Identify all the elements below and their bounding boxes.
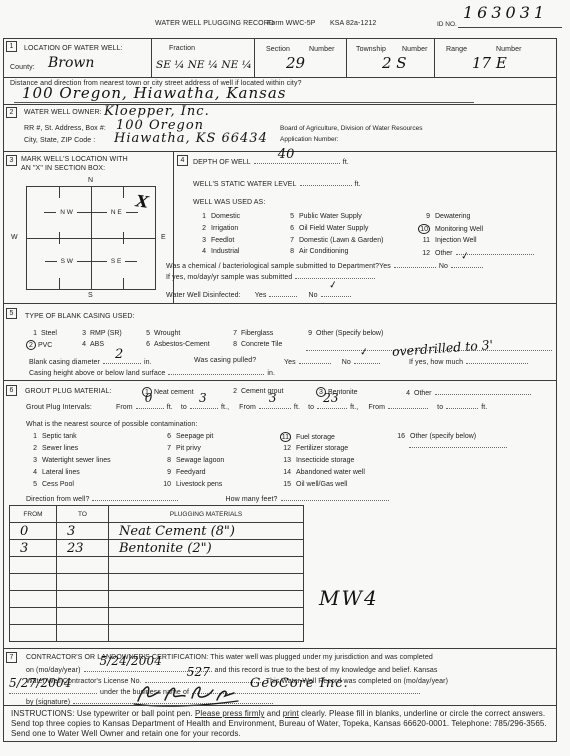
direction-dots xyxy=(92,494,178,501)
county-value: Brown xyxy=(48,55,94,71)
from-cell: 3 xyxy=(10,540,57,557)
section-6-title: GROUT PLUG MATERIAL: xyxy=(25,388,112,395)
contractor-signature-scribble xyxy=(132,681,242,707)
interval3-from-dots xyxy=(388,402,428,409)
circled-10: 10 xyxy=(418,224,430,234)
use-option: 7Domestic (Lawn & Garden) xyxy=(282,237,383,244)
sample-date-dots xyxy=(295,272,375,279)
city-value: Hiawatha, KS 66434 xyxy=(114,131,268,146)
range-label: Range xyxy=(446,46,467,53)
sample-question: Was a chemical / bacteriological sample … xyxy=(166,263,391,270)
feet-question: How many feet? xyxy=(226,496,278,503)
section-7-number: 7 xyxy=(6,652,17,663)
to-header: TO xyxy=(57,506,109,523)
use-option: 3Feedlot xyxy=(194,237,234,244)
grid-tick xyxy=(123,278,124,289)
no-label: No xyxy=(308,292,317,299)
contam-option: 8Sewage lagoon xyxy=(159,457,224,464)
east-label: E xyxy=(161,234,166,241)
disinfected-no-checkmark: ✓ xyxy=(328,279,338,291)
divider xyxy=(434,39,435,77)
table-row-empty xyxy=(10,608,304,625)
interval1-from-value: 0 xyxy=(145,391,153,405)
well-location-x-mark: X xyxy=(135,191,150,212)
section-2-owner: 2 WATER WELL OWNER: Kloepper, Inc. RR #,… xyxy=(3,104,557,152)
interval2-to-value: 23 xyxy=(323,391,338,405)
certification-line-1: CONTRACTOR'S OR LANDOWNER'S CERTIFICATIO… xyxy=(26,654,433,661)
business-name-value: GeoCore Inc. xyxy=(250,676,349,691)
county-label: County: xyxy=(10,64,35,71)
section-value: 29 xyxy=(286,54,305,72)
diameter-dots: 2 xyxy=(103,357,141,364)
from-cell: 0 xyxy=(10,523,57,540)
certification-line-2b: and this record is true to the best of m… xyxy=(215,667,438,674)
diameter-value: 2 xyxy=(115,347,123,362)
casing-option: 6Asbestos-Cement xyxy=(142,341,210,348)
pulled-no-checkmark: ✓ xyxy=(359,346,369,358)
casing-option: 3RMP (SR) xyxy=(78,330,122,337)
depth-of-well-line: DEPTH OF WELL40ft. xyxy=(193,157,349,166)
section-6-number: 6 xyxy=(6,385,17,396)
table-row-empty xyxy=(10,574,304,591)
contam-option: 9Feedyard xyxy=(159,469,206,476)
disinfected-line: Water Well Disinfected: Yes No✓ xyxy=(166,290,354,299)
yes-label: Yes xyxy=(284,359,296,366)
use-option: 12Other xyxy=(412,248,537,257)
mark-title-1: MARK WELL'S LOCATION WITH xyxy=(21,156,128,163)
range-number-label: Number xyxy=(496,46,522,53)
contam-option: 3Watertight sewer lines xyxy=(25,457,111,464)
casing-option-circled: 2 PVC xyxy=(26,340,52,350)
certification-line-2: on (mo/day/year)5/24/2004and this record… xyxy=(26,665,437,674)
yes-label: Yes xyxy=(255,292,267,299)
casing-diameter-line: Blank casing diameter2in. xyxy=(29,357,152,366)
use-option: 4Industrial xyxy=(194,248,239,255)
id-number-value: 163031 xyxy=(463,3,548,22)
no-dots: ✓ xyxy=(321,290,351,297)
grid-tick xyxy=(59,278,60,289)
grid-tick xyxy=(123,232,124,244)
contam-option: 2Sewer lines xyxy=(25,445,78,452)
section-1-number: 1 xyxy=(6,41,17,52)
direction-question: Direction from well? xyxy=(26,496,89,503)
grid-tick xyxy=(59,232,60,244)
intervals-label: Grout Plug Intervals: xyxy=(26,404,92,411)
grid-lower-labels: S W S E xyxy=(27,258,155,265)
grid-tick xyxy=(59,187,60,198)
record-date-dots: 5/27/2004 xyxy=(9,687,97,694)
contam-option: 14Abandoned water well xyxy=(273,469,365,476)
circled-2: 2 xyxy=(26,340,36,350)
contam-option: 6Seepage pit xyxy=(159,433,213,440)
table-row-empty xyxy=(10,625,304,642)
interval1-to-dots: 3 xyxy=(190,402,218,409)
material-cell: Neat Cement (8") xyxy=(109,523,304,540)
interval1-to-value: 3 xyxy=(199,391,207,405)
license-value: 527 xyxy=(187,665,210,679)
contamination-question: What is the nearest source of possible c… xyxy=(26,421,197,428)
how-much-label: If yes, how much xyxy=(409,359,463,366)
table-row-empty xyxy=(10,591,304,608)
overdrilled-note: overdrilled to 3' xyxy=(391,337,493,359)
distance-underline xyxy=(14,102,474,103)
distance-answer: 100 Oregon, Hiawatha, Kansas xyxy=(22,84,287,102)
circled-11: 11 xyxy=(280,432,291,442)
section-5-casing: 5 TYPE OF BLANK CASING USED: 1Steel 3RMP… xyxy=(3,303,557,381)
depth-value: 40 xyxy=(278,147,295,162)
grout-option: 4Other xyxy=(402,388,534,397)
table-row-empty xyxy=(10,557,304,574)
township-number-label: Number xyxy=(402,46,428,53)
material-cell: Bentonite (2") xyxy=(109,540,304,557)
contam-option: 10Livestock pens xyxy=(159,481,222,488)
plugging-table: FROM TO PLUGGING MATERIALS 0 3 Neat Ceme… xyxy=(9,505,304,642)
to-cell: 3 xyxy=(57,523,109,540)
no-checkmark: ✓ xyxy=(460,250,470,262)
north-label: N xyxy=(88,177,93,184)
sw-label: S W xyxy=(61,258,73,265)
section-1-location: 1 LOCATION OF WATER WELL: County: Brown … xyxy=(3,38,557,78)
section-1-title: LOCATION OF WATER WELL: xyxy=(24,45,123,52)
disinfected-label: Water Well Disinfected: xyxy=(166,292,241,299)
completed-date-value: 5/24/2004 xyxy=(100,654,162,668)
section-number-label: Number xyxy=(309,46,335,53)
interval2-from-dots: 3 xyxy=(259,402,291,409)
feet-dots xyxy=(281,494,389,501)
use-option: 9Dewatering xyxy=(412,213,470,220)
nw-label: N W xyxy=(60,209,73,216)
grid-center-horizontal xyxy=(27,238,155,239)
section-5-title: TYPE OF BLANK CASING USED: xyxy=(25,313,135,320)
interval1-from-dots: 0 xyxy=(136,402,164,409)
casing-option: 1Steel xyxy=(29,330,57,337)
contam-option-circled: 11Fuel storage xyxy=(273,432,335,442)
depth-label: DEPTH OF WELL xyxy=(193,159,251,166)
contam-option: 1Septic tank xyxy=(25,433,77,440)
grout-intervals-line: Grout Plug Intervals: From0ft. to3ft., F… xyxy=(26,402,487,411)
grid-tick xyxy=(123,187,124,198)
record-date-value: 5/27/2004 xyxy=(9,676,71,690)
contam-other-dotline xyxy=(409,447,507,448)
application-number-label: Application Number: xyxy=(280,136,339,143)
diameter-label: Blank casing diameter xyxy=(29,359,100,366)
contam-option: 4Lateral lines xyxy=(25,469,80,476)
id-underline xyxy=(458,27,562,28)
contam-option: 7Pit privy xyxy=(159,445,201,452)
yes-dots xyxy=(299,357,331,364)
table-row: 3 23 Bentonite (2") xyxy=(10,540,304,557)
contam-option: 16Other (specify below) xyxy=(387,433,476,440)
section-label: Section xyxy=(266,46,290,53)
se-label: S E xyxy=(111,258,121,265)
ne-label: N E xyxy=(111,209,122,216)
use-option: 6Oil Field Water Supply xyxy=(282,225,368,232)
section-3-number: 3 xyxy=(6,155,17,166)
to-cell: 23 xyxy=(57,540,109,557)
scanned-form-page: { "header": { "title": "WATER WELL PLUGG… xyxy=(0,0,570,756)
ft-label: ft. xyxy=(343,159,349,166)
address-label: RR #, St. Address, Box #: xyxy=(24,125,106,132)
township-value: 2 S xyxy=(382,54,407,72)
form-number: Form WWC-5P xyxy=(267,20,316,27)
owner-label: WATER WELL OWNER: xyxy=(24,109,102,116)
use-option: 8Air Conditioning xyxy=(282,248,348,255)
instructions-text: INSTRUCTIONS: Use typewriter or ball poi… xyxy=(4,706,556,742)
contam-option: 13Insecticide storage xyxy=(273,457,354,464)
west-label: W xyxy=(11,234,18,241)
statute-number: KSA 82a-1212 xyxy=(330,20,376,27)
interval3-to-dots xyxy=(446,402,478,409)
casing-pulled-answers: Yes No✓ xyxy=(284,357,383,366)
interval2-from-value: 3 xyxy=(269,391,277,405)
yes-dots xyxy=(269,290,297,297)
fraction-label: Fraction xyxy=(169,45,195,52)
instructions-box: INSTRUCTIONS: Use typewriter or ball poi… xyxy=(3,705,557,742)
divider xyxy=(151,39,152,77)
casing-height-label: Casing height above or below land surfac… xyxy=(29,370,165,377)
casing-option: 5Wrought xyxy=(142,330,180,337)
ft-label: ft. xyxy=(355,181,361,188)
casing-pulled-question: Was casing pulled? xyxy=(194,357,256,364)
instructions-part-2: and xyxy=(264,709,282,718)
casing-option: 4ABS xyxy=(78,341,104,348)
depth-dots: 40 xyxy=(254,157,340,164)
contam-option: 5Cess Pool xyxy=(25,481,74,488)
no-dots: ✓ xyxy=(451,261,483,268)
static-dots xyxy=(300,179,352,186)
instructions-underlined-1: Please press firmly xyxy=(195,709,264,718)
well-id-annotation: MW4 xyxy=(319,586,379,610)
page-header: WATER WELL PLUGGING RECORD Form WWC-5P K… xyxy=(0,0,570,38)
use-option-circled: 10Monitoring Well xyxy=(412,224,483,234)
no-dots: ✓ xyxy=(354,357,380,364)
completed-on-label: on (mo/day/year) xyxy=(26,667,81,674)
range-value: 17 E xyxy=(472,54,507,72)
township-label: Township xyxy=(356,46,386,53)
id-label: ID NO. xyxy=(437,21,457,28)
materials-header: PLUGGING MATERIALS xyxy=(109,506,304,523)
grout-other-dots xyxy=(435,388,531,395)
interval2-to-dots: 23 xyxy=(317,402,347,409)
from-header: FROM xyxy=(10,506,57,523)
no-label: No xyxy=(439,263,448,270)
no-label: No xyxy=(342,359,351,366)
section-2-number: 2 xyxy=(6,107,17,118)
section-4-number: 4 xyxy=(177,155,188,166)
in-label: in. xyxy=(267,370,275,377)
sample-date-line: If yes, mo/day/yr sample was submitted xyxy=(166,272,378,281)
section-3-4: 3 MARK WELL'S LOCATION WITH AN "X" IN SE… xyxy=(3,151,557,304)
how-much-dots xyxy=(466,357,528,364)
casing-option: 7Fiberglass xyxy=(229,330,273,337)
static-level-label: WELL'S STATIC WATER LEVEL xyxy=(193,181,297,188)
how-much-line: If yes, how much xyxy=(409,357,531,366)
contam-option: 12Fertilizer storage xyxy=(273,445,348,452)
direction-line: Direction from well? How many feet? xyxy=(26,494,392,503)
use-option: 1Domestic xyxy=(194,213,240,220)
divider xyxy=(254,39,255,77)
owner-value: Kloepper, Inc. xyxy=(104,104,210,119)
section-5-number: 5 xyxy=(6,308,17,319)
fraction-value: SE ¼ NE ¼ NE ¼ xyxy=(156,59,252,71)
board-label: Board of Agriculture, Division of Water … xyxy=(280,125,422,132)
instructions-underlined-2: print xyxy=(283,709,299,718)
yes-dots xyxy=(394,261,436,268)
south-label: S xyxy=(88,292,93,299)
casing-height-dots xyxy=(168,368,264,375)
casing-height-line: Casing height above or below land surfac… xyxy=(29,368,275,377)
static-level-line: WELL'S STATIC WATER LEVELft. xyxy=(193,179,361,188)
mark-title-2: AN "X" IN SECTION BOX: xyxy=(21,165,105,172)
contam-option: 15Oil well/Gas well xyxy=(273,481,347,488)
sample-question-line: Was a chemical / bacteriological sample … xyxy=(166,261,486,270)
used-as-label: WELL WAS USED AS: xyxy=(193,199,265,206)
city-label: City, State, ZIP Code : xyxy=(24,137,95,144)
section-7-certification: 7 CONTRACTOR'S OR LANDOWNER'S CERTIFICAT… xyxy=(3,648,557,706)
instructions-part-1: INSTRUCTIONS: Use typewriter or ball poi… xyxy=(11,709,195,718)
casing-option: 8Concrete Tile xyxy=(229,341,282,348)
distance-row: Distance and direction from nearest town… xyxy=(3,77,557,105)
use-option: 11Injection Well xyxy=(412,237,477,244)
use-option: 2Irrigation xyxy=(194,225,238,232)
form-title: WATER WELL PLUGGING RECORD xyxy=(155,20,274,27)
sample-if-label: If yes, mo/day/yr sample was submitted xyxy=(166,274,292,281)
table-row: 0 3 Neat Cement (8") xyxy=(10,523,304,540)
casing-option: 9Other (Specify below) xyxy=(304,330,383,337)
section-6-grout: 6 GROUT PLUG MATERIAL: 1 Neat cement 2Ce… xyxy=(3,380,557,649)
grid-upper-labels: N W N E xyxy=(27,209,155,216)
in-label: in. xyxy=(144,359,152,366)
use-option: 5Public Water Supply xyxy=(282,213,362,220)
plugging-table-header-row: FROM TO PLUGGING MATERIALS xyxy=(10,506,304,523)
divider xyxy=(346,39,347,77)
